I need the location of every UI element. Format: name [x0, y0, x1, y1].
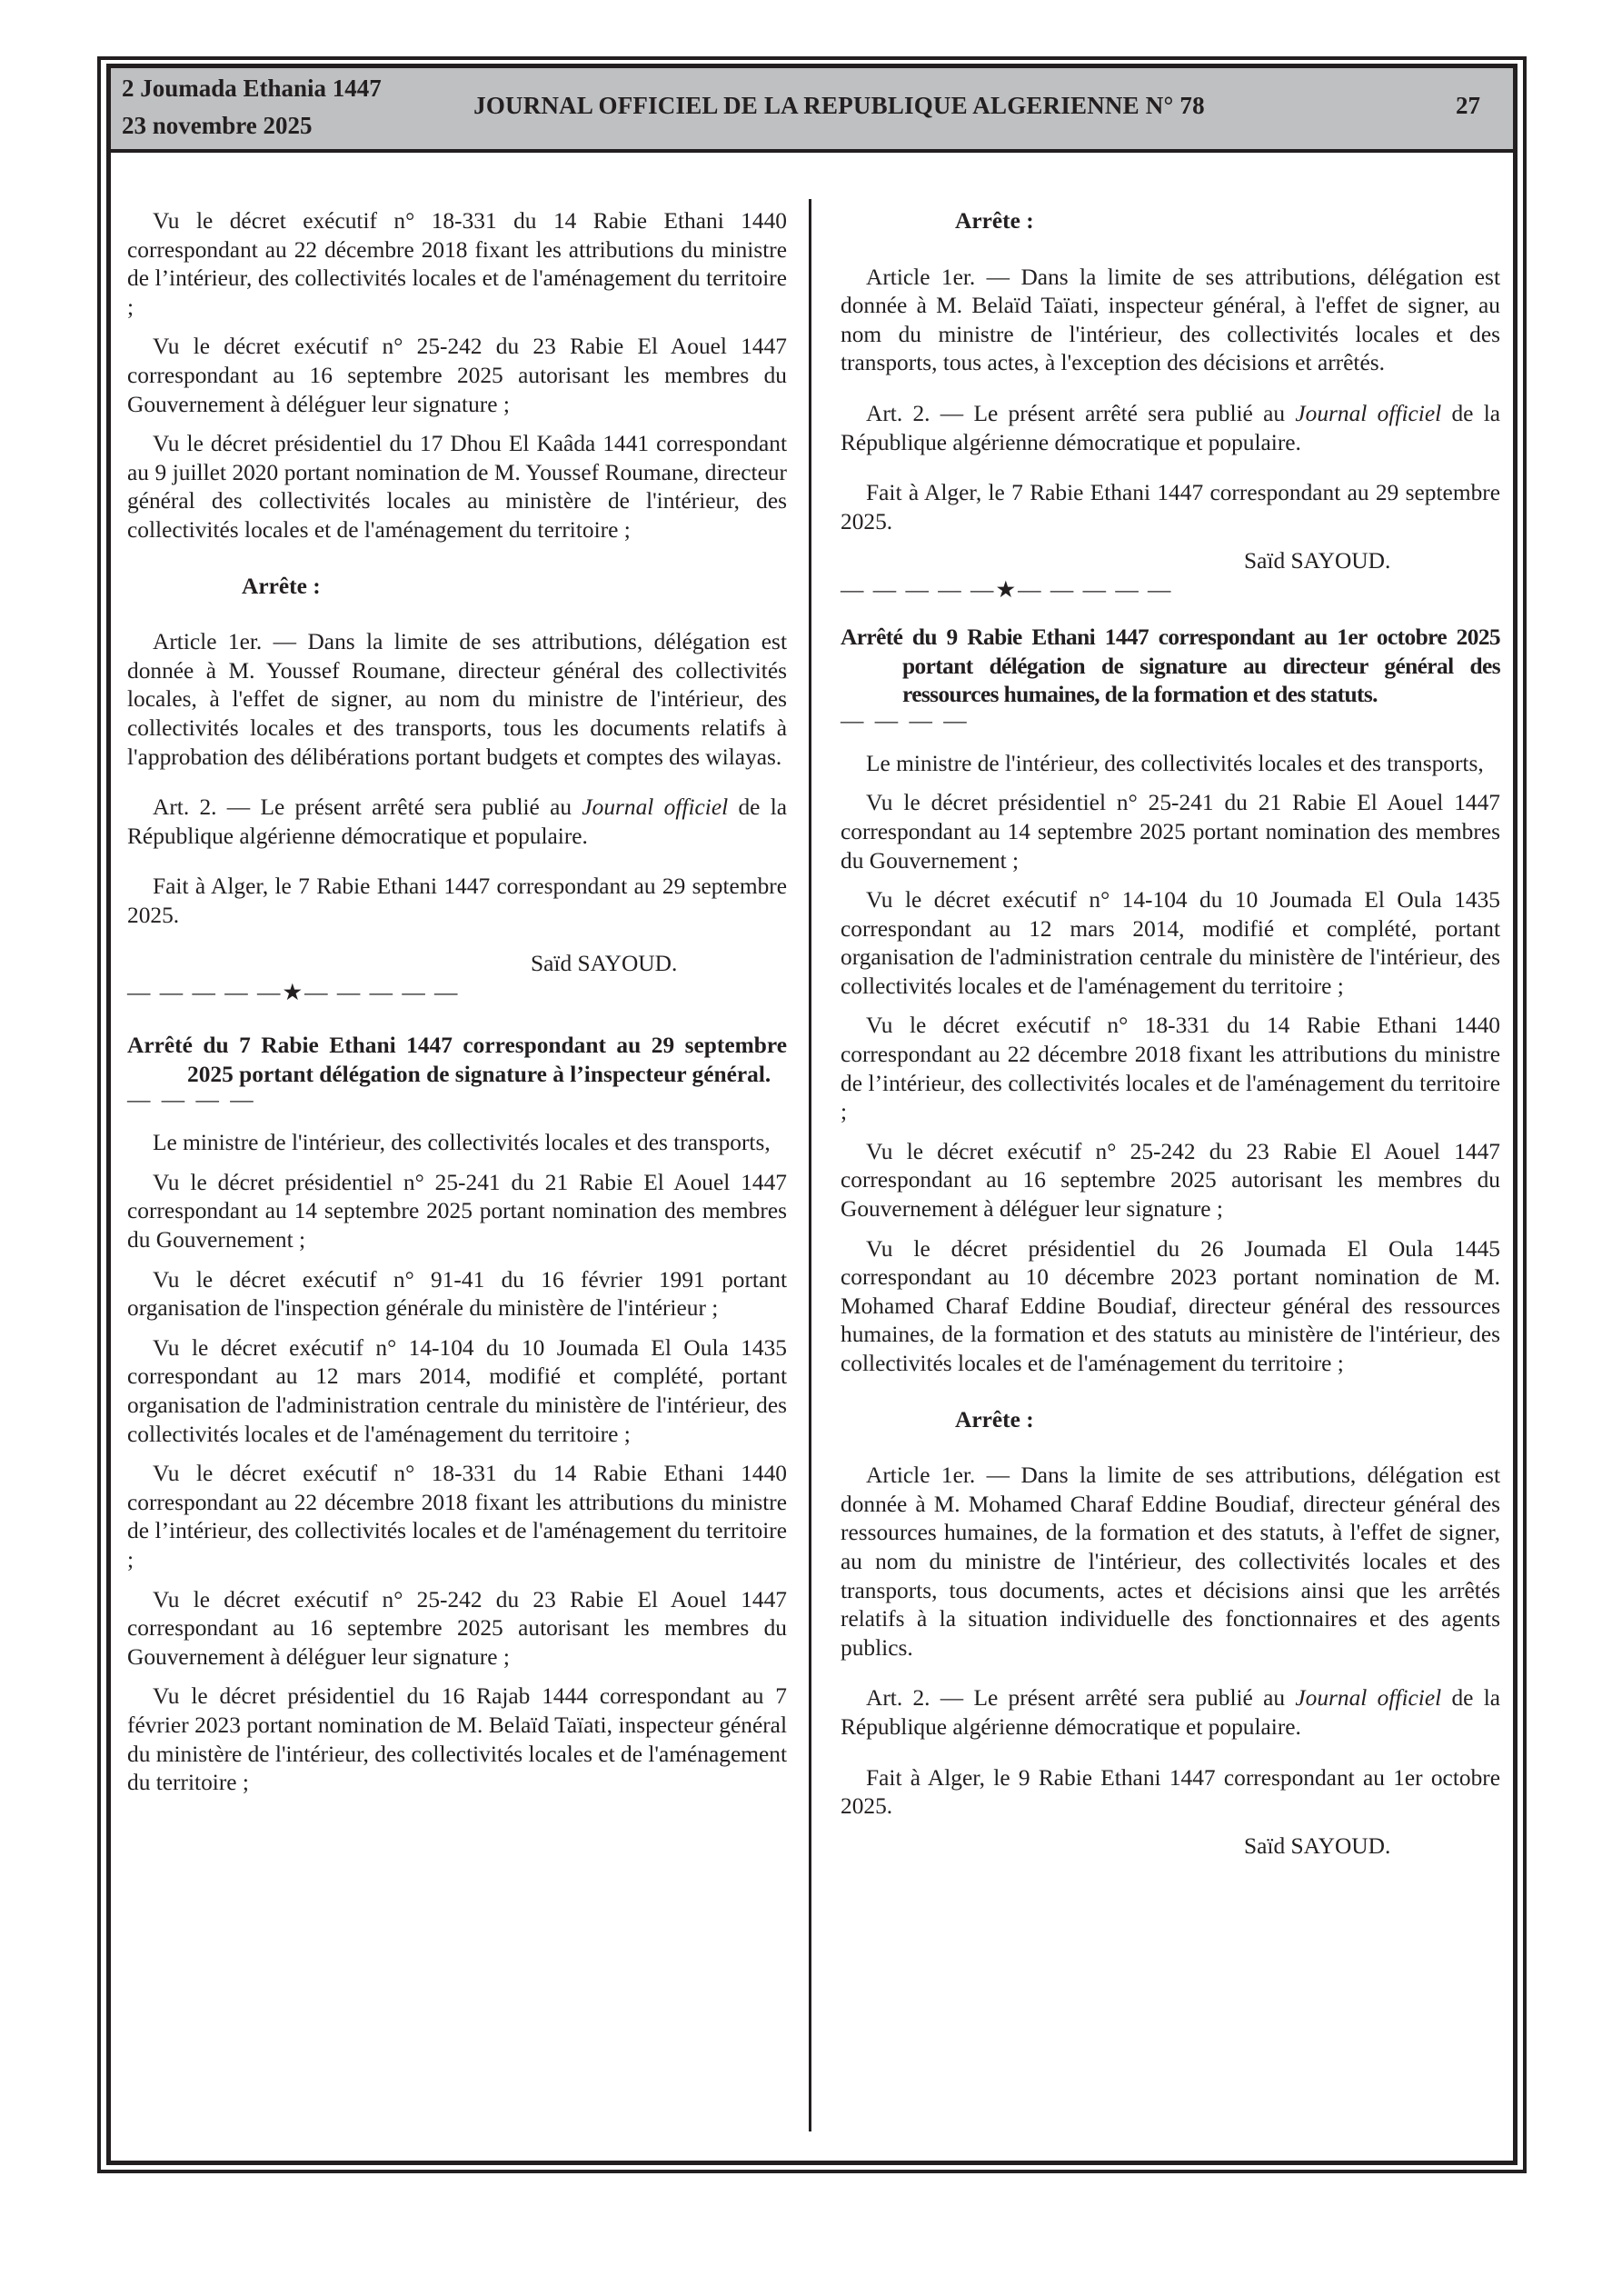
- journal-officiel-italic: Journal officiel: [1295, 1685, 1441, 1711]
- article-2: Art. 2. — Le présent arrêté sera publié …: [841, 1684, 1500, 1742]
- paragraph-visa: Vu le décret exécutif n° 91-41 du 16 fév…: [127, 1266, 787, 1323]
- signature: Saïd SAYOUD.: [841, 547, 1500, 576]
- decree-title-first-line: Arrêté du 9 Rabie Ethani 1447 correspond…: [841, 624, 1447, 650]
- article-1: Article 1er. — Dans la limite de ses att…: [127, 628, 787, 772]
- arrete-heading: Arrête :: [841, 207, 1500, 236]
- journal-title: JOURNAL OFFICIEL DE LA REPUBLIQUE ALGERI…: [111, 94, 1513, 118]
- paragraph-visa: Vu le décret exécutif n° 14-104 du 10 Jo…: [841, 886, 1500, 1001]
- journal-officiel-italic: Journal officiel: [1295, 401, 1441, 426]
- paragraph-visa: Vu le décret exécutif n° 25-242 du 23 Ra…: [127, 333, 787, 419]
- star-separator: — — — — —★— — — — —: [127, 979, 787, 1006]
- decree-title-first-line: Arrêté du 7 Rabie Ethani 1447 correspond…: [127, 1033, 641, 1058]
- fait-a-alger: Fait à Alger, le 9 Rabie Ethani 1447 cor…: [841, 1764, 1500, 1822]
- left-column: Vu le décret exécutif n° 18-331 du 14 Ra…: [127, 207, 787, 1809]
- paragraph-visa: Vu le décret présidentiel du 26 Joumada …: [841, 1235, 1500, 1379]
- arrete-heading: Arrête :: [841, 1406, 1500, 1435]
- paragraph-visa: Vu le décret présidentiel n° 25-241 du 2…: [841, 789, 1500, 875]
- arrete-heading: Arrête :: [127, 573, 787, 602]
- decree-title: Arrêté du 9 Rabie Ethani 1447 correspond…: [841, 624, 1500, 710]
- small-separator: — — — —: [127, 1089, 787, 1111]
- fait-a-alger: Fait à Alger, le 7 Rabie Ethani 1447 cor…: [127, 873, 787, 930]
- page-header: 2 Joumada Ethania 1447 23 novembre 2025 …: [111, 68, 1513, 153]
- paragraph-visa: Vu le décret exécutif n° 25-242 du 23 Ra…: [841, 1138, 1500, 1224]
- signature: Saïd SAYOUD.: [841, 1832, 1500, 1862]
- article-1: Article 1er. — Dans la limite de ses att…: [841, 1462, 1500, 1662]
- paragraph-visa: Vu le décret présidentiel du 16 Rajab 14…: [127, 1682, 787, 1797]
- article-2-text: Art. 2. — Le présent arrêté sera publié …: [153, 794, 582, 820]
- decree-title: Arrêté du 7 Rabie Ethani 1447 correspond…: [127, 1032, 787, 1089]
- article-2: Art. 2. — Le présent arrêté sera publié …: [127, 794, 787, 851]
- paragraph-visa: Vu le décret exécutif n° 25-242 du 23 Ra…: [127, 1586, 787, 1672]
- page-number: 27: [1456, 94, 1480, 118]
- article-2-text: Art. 2. — Le présent arrêté sera publié …: [866, 1685, 1295, 1711]
- star-separator: — — — — —★— — — — —: [841, 576, 1500, 604]
- journal-officiel-italic: Journal officiel: [582, 794, 728, 820]
- small-separator: — — — —: [841, 710, 1500, 732]
- paragraph-visa: Vu le décret exécutif n° 18-331 du 14 Ra…: [127, 207, 787, 322]
- paragraph-minister: Le ministre de l'intérieur, des collecti…: [841, 750, 1500, 779]
- right-column: Arrête : Article 1er. — Dans la limite d…: [841, 207, 1500, 1861]
- signature: Saïd SAYOUD.: [127, 950, 787, 979]
- paragraph-visa: Vu le décret présidentiel du 17 Dhou El …: [127, 430, 787, 544]
- paragraph-minister: Le ministre de l'intérieur, des collecti…: [127, 1129, 787, 1158]
- paragraph-visa: Vu le décret exécutif n° 18-331 du 14 Ra…: [127, 1460, 787, 1574]
- article-1: Article 1er. — Dans la limite de ses att…: [841, 264, 1500, 378]
- paragraph-visa: Vu le décret exécutif n° 14-104 du 10 Jo…: [127, 1334, 787, 1449]
- paragraph-visa: Vu le décret présidentiel n° 25-241 du 2…: [127, 1169, 787, 1255]
- article-2: Art. 2. — Le présent arrêté sera publié …: [841, 400, 1500, 457]
- article-2-text: Art. 2. — Le présent arrêté sera publié …: [866, 401, 1295, 426]
- paragraph-visa: Vu le décret exécutif n° 18-331 du 14 Ra…: [841, 1012, 1500, 1126]
- fait-a-alger: Fait à Alger, le 7 Rabie Ethani 1447 cor…: [841, 479, 1500, 536]
- column-divider: [809, 199, 811, 2131]
